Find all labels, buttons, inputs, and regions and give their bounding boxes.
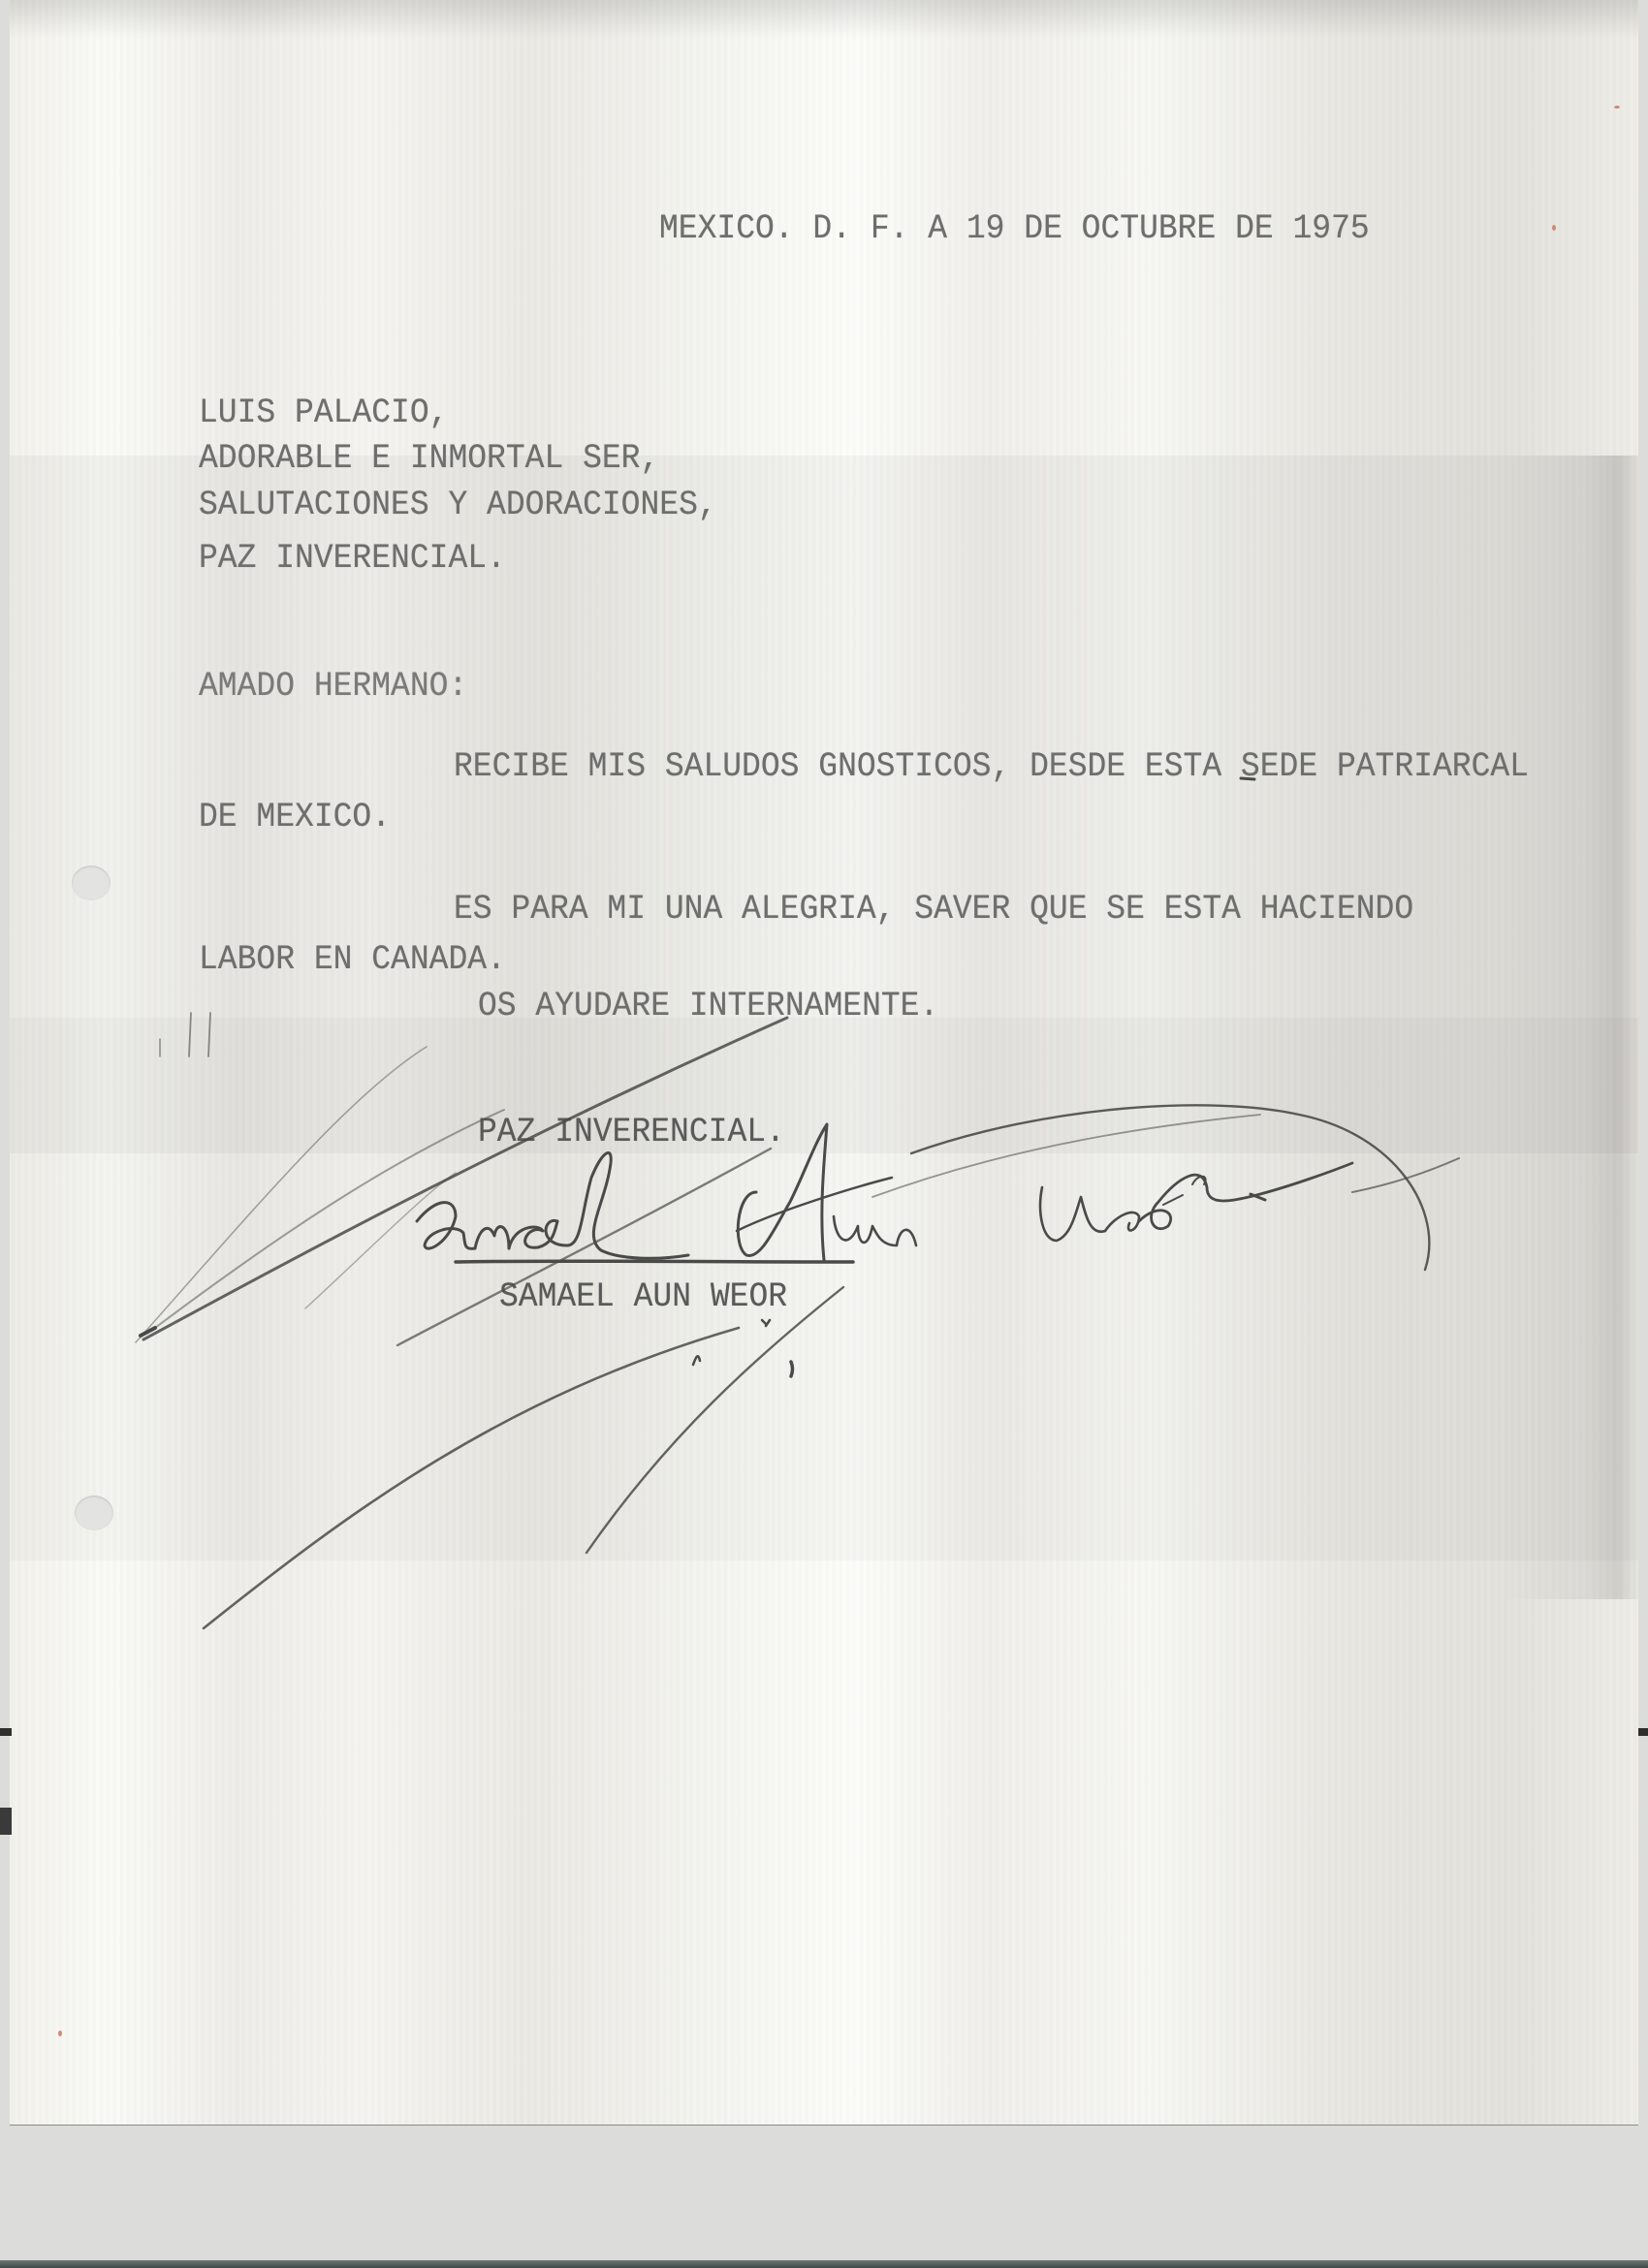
toner-band [10,1018,1638,1560]
body-paragraph-3-line-1: OS AYUDARE INTERNAMENTE. [478,989,938,1024]
closing: PAZ INVERENCIAL. [478,1115,785,1150]
scanner-edge-mark [0,1728,12,1736]
scan-shadow-top [10,0,1638,39]
punch-hole-upper [72,866,111,900]
typed-signature-name: SAMAEL AUN WEOR [499,1279,787,1314]
recipient-name: LUIS PALACIO, [199,395,448,430]
recipient-title: ADORABLE E INMORTAL SER, [199,441,659,476]
body-paragraph-2-line-2: LABOR EN CANADA. [199,942,506,977]
body-paragraph-1-line-2: DE MEXICO. [199,800,391,835]
body-paragraph-2-line-1: ES PARA MI UNA ALEGRIA, SAVER QUE SE EST… [454,892,1413,927]
recipient-salutation: SALUTACIONES Y ADORACIONES, [199,488,717,522]
paper-speck [1552,225,1556,231]
body-paragraph-1-line-1: RECIBE MIS SALUDOS GNOSTICOS, DESDE ESTA… [454,749,1529,784]
paper-speck [58,2031,62,2036]
scanner-edge-mark [1638,1728,1648,1736]
recipient-peace: PAZ INVERENCIAL. [199,541,506,576]
dateline: MEXICO. D. F. A 19 DE OCTUBRE DE 1975 [659,211,1370,246]
greeting: AMADO HERMANO: [199,669,467,704]
letter-page [10,0,1638,2125]
punch-hole-lower [75,1496,113,1530]
scanner-bed-edge [0,2260,1648,2268]
paper-speck [1614,106,1620,109]
scan-shadow-right [1503,456,1638,1599]
scanner-edge-mark [0,1808,12,1835]
